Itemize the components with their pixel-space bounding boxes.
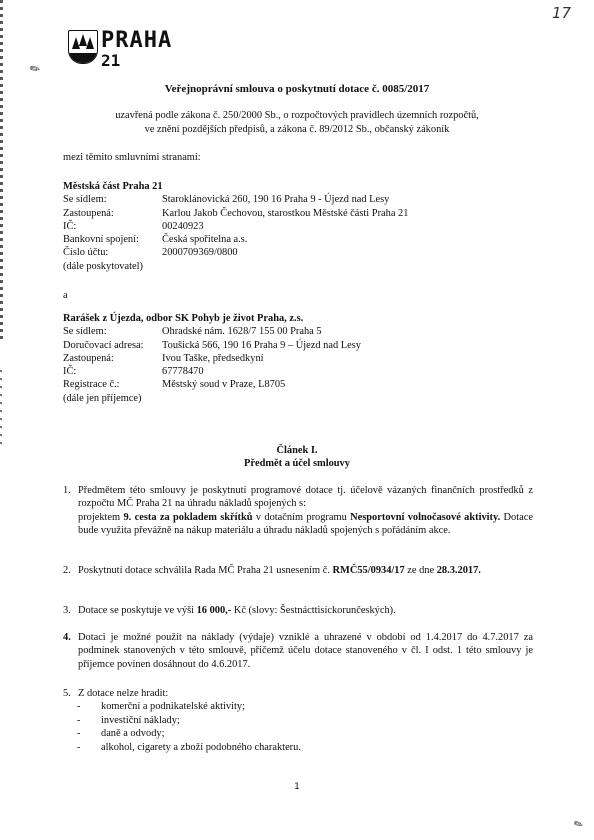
initials-mark: ✎: [27, 60, 43, 77]
field-value: Česká spořitelna a.s.: [162, 233, 247, 246]
clause-number: 3.: [63, 604, 71, 617]
field-label: Číslo účtu:: [63, 246, 162, 259]
list-item: -komerční a podnikatelské aktivity;: [77, 700, 533, 713]
conjunction: a: [63, 290, 68, 301]
logo-text-praha: PRAHA: [101, 30, 172, 52]
clause-number: 4.: [63, 631, 71, 644]
clause-5: 5. Z dotace nelze hradit: -komerční a po…: [63, 687, 533, 754]
clause-text: v dotačním programu: [253, 512, 351, 523]
handwritten-page-number: 17: [552, 4, 571, 22]
field-label: Registrace č.:: [63, 378, 162, 391]
legal-basis-line1: uzavřená podle zákona č. 250/2000 Sb., o…: [0, 110, 594, 121]
article-number: Článek I.: [0, 445, 594, 456]
field-value: Ivou Taške, předsedkyní: [162, 352, 264, 365]
provider-name: Městská část Praha 21: [63, 180, 408, 193]
grant-amount: 16 000,-: [197, 605, 232, 616]
resolution-number: RMČ55/0934/17: [333, 565, 405, 576]
excluded-costs-list: -komerční a podnikatelské aktivity; -inv…: [63, 700, 533, 754]
article-heading: Předmět a účel smlouvy: [0, 458, 594, 469]
field-label: IČ:: [63, 365, 162, 378]
recipient-block: Rarášek z Újezda, odbor SK Pohyb je živo…: [63, 312, 361, 405]
clause-4: 4. Dotaci je možné použít na náklady (vý…: [63, 631, 533, 671]
provider-block: Městská část Praha 21 Se sídlem:Staroklá…: [63, 180, 408, 273]
clause-1: 1. Předmětem této smlouvy je poskytnutí …: [63, 484, 533, 538]
field-value: Staroklánovická 260, 190 16 Praha 9 - Új…: [162, 193, 389, 206]
provider-role: (dále poskytovatel): [63, 260, 408, 273]
clause-2: 2. Poskytnutí dotace schválila Rada MČ P…: [63, 564, 533, 577]
list-item-text: investiční náklady;: [101, 714, 533, 727]
clause-text: Dotace se poskytuje ve výši: [78, 605, 197, 616]
clause-text: projektem: [78, 512, 123, 523]
clause-number: 5.: [63, 687, 71, 700]
clause-text: Dotaci je možné použít na náklady (výdaj…: [78, 631, 533, 671]
recipient-role: (dále jen příjemce): [63, 392, 361, 405]
initials-mark: ✎: [572, 817, 586, 833]
list-item: -investiční náklady;: [77, 714, 533, 727]
field-value: Toušická 566, 190 16 Praha 9 – Újezd nad…: [162, 339, 361, 352]
clause-text: Z dotace nelze hradit:: [78, 687, 533, 700]
clause-3: 3. Dotace se poskytuje ve výši 16 000,- …: [63, 604, 533, 617]
praha-21-logo: PRAHA 21: [68, 30, 172, 69]
field-label: Doručovací adresa:: [63, 339, 162, 352]
list-item: -daně a odvody;: [77, 727, 533, 740]
scan-edge-artifact: [0, 370, 2, 450]
parties-intro: mezi těmito smluvními stranami:: [63, 152, 201, 163]
field-label: Se sídlem:: [63, 193, 162, 206]
coat-of-arms-icon: [68, 30, 98, 64]
field-value: 2000709369/0800: [162, 246, 238, 259]
program-name: Nesportovní volnočasové aktivity.: [350, 512, 500, 523]
field-value: 00240923: [162, 220, 204, 233]
resolution-date: 28.3.2017.: [437, 565, 481, 576]
clause-text: ze dne: [405, 565, 437, 576]
field-label: Zastoupená:: [63, 207, 162, 220]
list-item-text: daně a odvody;: [101, 727, 533, 740]
list-item-text: komerční a podnikatelské aktivity;: [101, 700, 533, 713]
field-label: Se sídlem:: [63, 325, 162, 338]
clause-number: 1.: [63, 484, 71, 497]
legal-basis-line2: ve znění pozdějších předpisů, a zákona č…: [0, 124, 594, 135]
list-item: -alkohol, cigarety a zboží podobného cha…: [77, 741, 533, 754]
field-label: Bankovní spojení:: [63, 233, 162, 246]
field-value: 67778470: [162, 365, 204, 378]
clause-number: 2.: [63, 564, 71, 577]
logo-text-21: 21: [101, 53, 172, 69]
field-value: Městský soud v Praze, L8705: [162, 378, 285, 391]
clause-text: Kč (slovy: Šestnácttisíckorunčeských).: [231, 605, 395, 616]
recipient-name: Rarášek z Újezda, odbor SK Pohyb je živo…: [63, 312, 361, 325]
scan-edge-artifact: [0, 0, 3, 340]
field-value: Karlou Jakob Čechovou, starostkou Městsk…: [162, 207, 408, 220]
clause-text: Předmětem této smlouvy je poskytnutí pro…: [78, 484, 533, 511]
list-item-text: alkohol, cigarety a zboží podobného char…: [101, 741, 533, 754]
field-value: Ohradské nám. 1628/7 155 00 Praha 5: [162, 325, 322, 338]
clause-text: Poskytnutí dotace schválila Rada MČ Prah…: [78, 565, 333, 576]
project-name: 9. cesta za pokladem skřítků: [123, 512, 252, 523]
document-title: Veřejnoprávní smlouva o poskytnutí dotac…: [0, 83, 594, 95]
field-label: Zastoupená:: [63, 352, 162, 365]
field-label: IČ:: [63, 220, 162, 233]
page-number: 1: [0, 782, 594, 792]
